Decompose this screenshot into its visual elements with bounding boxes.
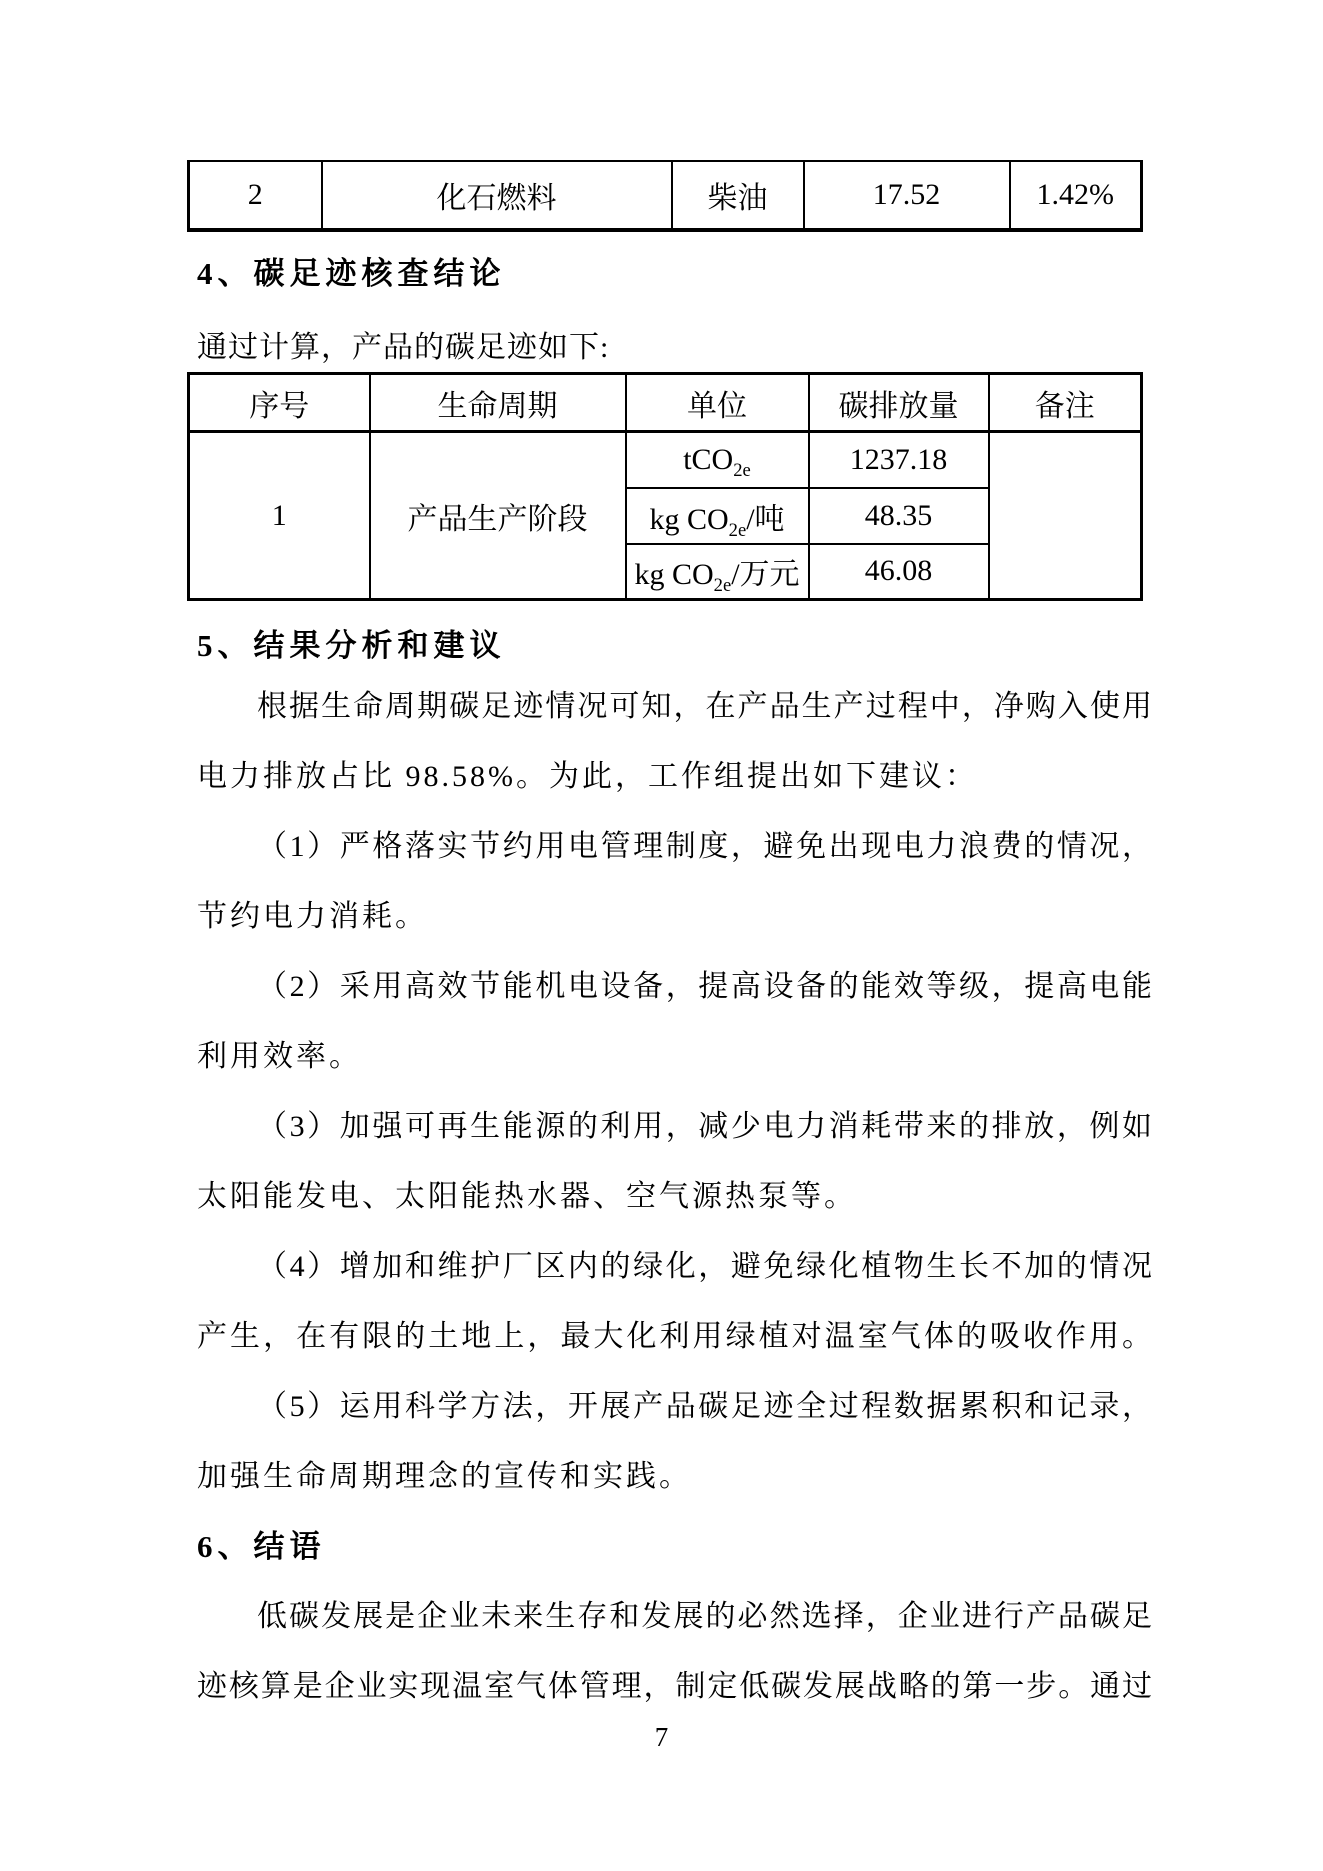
section-6-heading: 6、结语 (197, 1512, 1152, 1582)
cell-unit-tco2e: tCO2e (626, 432, 809, 488)
paragraph-line: （4）增加和维护厂区内的绿化，避免绿化植物生长不加的情况 (197, 1232, 1152, 1302)
paragraph-line: 利用效率。 (197, 1022, 1152, 1092)
unit-suffix: /吨 (746, 503, 784, 536)
unit-subscript: 2e (714, 575, 732, 596)
unit-text: tCO (683, 443, 733, 476)
cell-remark (989, 432, 1142, 600)
page: { "page": { "number": "7" }, "continued_… (0, 0, 1323, 1871)
section-4-intro: 通过计算，产品的碳足迹如下: (197, 322, 609, 366)
continued-table: 2 化石燃料 柴油 17.52 1.42% (187, 160, 1143, 232)
paragraph-line: （3）加强可再生能源的利用，减少电力消耗带来的排放，例如 (197, 1092, 1152, 1162)
footprint-table-header-row: 序号 生命周期 单位 碳排放量 备注 (189, 374, 1142, 432)
col-header-lifecycle: 生命周期 (370, 374, 626, 432)
unit-text: kg CO (634, 558, 713, 591)
body-text: 根据生命周期碳足迹情况可知，在产品生产过程中，净购入使用 电力排放占比 98.5… (197, 672, 1152, 1722)
col-header-remark: 备注 (989, 374, 1142, 432)
col-header-emission: 碳排放量 (809, 374, 989, 432)
paragraph-line: 产生，在有限的土地上，最大化利用绿植对温室气体的吸收作用。 (197, 1302, 1152, 1372)
paragraph-line: 加强生命周期理念的宣传和实践。 (197, 1442, 1152, 1512)
continued-table-row: 2 化石燃料 柴油 17.52 1.42% (189, 161, 1142, 230)
paragraph-line: 太阳能发电、太阳能热水器、空气源热泵等。 (197, 1162, 1152, 1232)
cell-fuel-type: 柴油 (672, 161, 804, 230)
cell-emission-share: 1.42% (1010, 161, 1142, 230)
col-header-unit: 单位 (626, 374, 809, 432)
paragraph-line: 迹核算是企业实现温室气体管理，制定低碳发展战略的第一步。通过 (197, 1652, 1152, 1722)
cell-emission-per-10k-yuan: 46.08 (809, 544, 989, 600)
cell-emission-value: 17.52 (804, 161, 1010, 230)
cell-serial: 1 (189, 432, 370, 600)
footprint-table: 序号 生命周期 单位 碳排放量 备注 1 产品生产阶段 tCO2e 1237.1… (187, 372, 1143, 601)
cell-unit-per-10k-yuan: kg CO2e/万元 (626, 544, 809, 600)
cell-fuel-category: 化石燃料 (322, 161, 672, 230)
paragraph-line: 低碳发展是企业未来生存和发展的必然选择，企业进行产品碳足 (197, 1582, 1152, 1652)
unit-subscript: 2e (733, 460, 751, 481)
section-4-heading: 4、碳足迹核查结论 (197, 248, 506, 293)
section-5-heading: 5、结果分析和建议 (197, 620, 506, 665)
unit-text: kg CO (649, 503, 728, 536)
page-number: 7 (0, 1722, 1323, 1753)
paragraph-line: 节约电力消耗。 (197, 882, 1152, 952)
paragraph-line: 电力排放占比 98.58%。为此，工作组提出如下建议： (197, 742, 1152, 812)
footprint-row-total: 1 产品生产阶段 tCO2e 1237.18 (189, 432, 1142, 488)
col-header-serial: 序号 (189, 374, 370, 432)
paragraph-line: （2）采用高效节能机电设备，提高设备的能效等级，提高电能 (197, 952, 1152, 1022)
unit-subscript: 2e (729, 520, 747, 541)
cell-unit-per-ton: kg CO2e/吨 (626, 488, 809, 544)
paragraph-line: （5）运用科学方法，开展产品碳足迹全过程数据累积和记录， (197, 1372, 1152, 1442)
cell-row-index: 2 (189, 161, 322, 230)
unit-suffix: /万元 (731, 558, 799, 591)
paragraph-line: 根据生命周期碳足迹情况可知，在产品生产过程中，净购入使用 (197, 672, 1152, 742)
cell-emission-per-ton: 48.35 (809, 488, 989, 544)
cell-emission-total: 1237.18 (809, 432, 989, 488)
cell-lifecycle-stage: 产品生产阶段 (370, 432, 626, 600)
paragraph-line: （1）严格落实节约用电管理制度，避免出现电力浪费的情况， (197, 812, 1152, 882)
